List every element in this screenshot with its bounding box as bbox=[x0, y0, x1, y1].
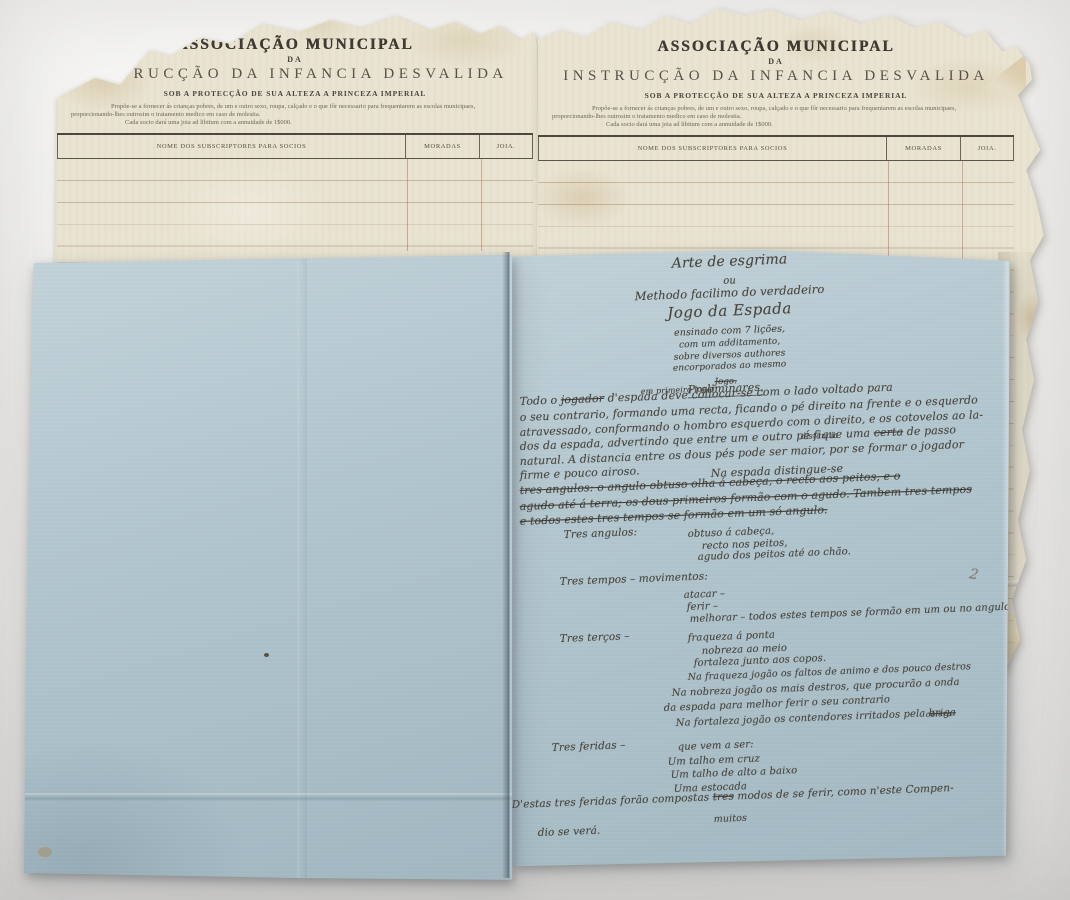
list-item: melhorar – todos estes tempos se formão … bbox=[690, 602, 1011, 625]
blue-paper bbox=[24, 253, 512, 883]
line-text: modos de se ferir, como n'este Compen- bbox=[734, 782, 954, 802]
fold-crease bbox=[24, 793, 512, 801]
column-header-addresses: MORADAS bbox=[406, 135, 480, 158]
column-header-fee: JOIA. bbox=[961, 137, 1013, 160]
association-title-da: DA bbox=[538, 57, 1014, 66]
list-item: ferir – bbox=[687, 601, 719, 613]
closing-line: dio se verá. bbox=[538, 825, 601, 839]
list-item: Um talho de alto a baixo bbox=[671, 765, 798, 781]
association-title-main: INSTRUCÇÃO DA INFANCIA DESVALIDA bbox=[57, 66, 533, 83]
desc-line-3: Cada socio dará uma joia ad libitum com … bbox=[552, 121, 1000, 129]
form-paper: ASSOCIAÇÃO MUNICIPAL DA INSTRUCÇÃO DA IN… bbox=[55, 10, 537, 262]
line-text: de passo bbox=[903, 423, 956, 438]
list-item: que vem a ser: bbox=[678, 739, 754, 753]
list-item: Um talho em cruz bbox=[668, 753, 761, 768]
list-item: atacar – bbox=[684, 588, 726, 601]
paper-stain bbox=[1016, 292, 1046, 344]
section-label-tempos: Tres tempos – movimentos: bbox=[560, 570, 709, 588]
manuscript-spine bbox=[502, 252, 514, 878]
benefit-description: Propõe-se a fornecer ás crianças pobres,… bbox=[538, 105, 1014, 130]
line-text: Todo o bbox=[520, 393, 562, 408]
manuscript-left-page bbox=[24, 253, 512, 883]
column-header-addresses: MORADAS bbox=[887, 137, 961, 160]
ink-blot bbox=[264, 653, 269, 657]
inserted-word: muitos bbox=[714, 813, 748, 825]
photograph-of-documents: ASSOCIAÇÃO MUNICIPAL DA INSTRUCÇÃO DA IN… bbox=[0, 0, 1070, 900]
desc-line-2: proporcionando-lhes outrosim o tratament… bbox=[552, 113, 1000, 121]
line-text: D'estas tres feridas forão compostas bbox=[512, 791, 713, 811]
subscribers-table-header: NOME DOS SUBSCRIPTORES PARA SOCIOS MORAD… bbox=[538, 137, 1014, 161]
section-label-angulos: Tres angulos: bbox=[564, 526, 638, 541]
struck-text: certa bbox=[874, 425, 904, 439]
column-header-names: NOME DOS SUBSCRIPTORES PARA SOCIOS bbox=[58, 135, 406, 158]
desc-line-1: Propõe-se a fornecer ás crianças pobres,… bbox=[552, 105, 1000, 113]
section-label-feridas: Tres feridas – bbox=[552, 739, 626, 754]
association-title-main: INSTRUCÇÃO DA INFANCIA DESVALIDA bbox=[538, 68, 1014, 85]
printed-form-left: ASSOCIAÇÃO MUNICIPAL DA INSTRUCÇÃO DA IN… bbox=[55, 10, 537, 262]
handwriting-layer: Arte de esgrima ou Methodo facilimo do v… bbox=[506, 248, 1012, 870]
patronage-subtitle: SOB A PROTECÇÃO DE SUA ALTEZA A PRINCEZA… bbox=[538, 91, 1014, 100]
struck-text: tres bbox=[713, 790, 735, 803]
blue-paper: Arte de esgrima ou Methodo facilimo do v… bbox=[506, 248, 1012, 870]
vertical-crease bbox=[297, 253, 307, 883]
subscribers-table-header: NOME DOS SUBSCRIPTORES PARA SOCIOS MORAD… bbox=[57, 135, 533, 159]
inserted-word: distancia bbox=[801, 431, 839, 441]
desc-line-1: Propõe-se a fornecer ás crianças pobres,… bbox=[71, 103, 519, 111]
association-title: ASSOCIAÇÃO MUNICIPAL bbox=[538, 38, 1014, 55]
pencil-mark: 2 bbox=[968, 566, 980, 583]
subscribers-table-rows bbox=[57, 159, 533, 251]
struck-text: jogador bbox=[561, 392, 605, 407]
manuscript-right-page: Arte de esgrima ou Methodo facilimo do v… bbox=[506, 248, 1012, 870]
inserted-word: cólera bbox=[926, 709, 952, 719]
patronage-subtitle: SOB A PROTECÇÃO DE SUA ALTEZA A PRINCEZA… bbox=[57, 89, 533, 98]
column-header-fee: JOIA. bbox=[480, 135, 532, 158]
association-title: ASSOCIAÇÃO MUNICIPAL bbox=[57, 36, 533, 53]
section-label-tercos: Tres terços – bbox=[560, 630, 630, 645]
desc-line-2: proporcionando-lhes outrosim o tratament… bbox=[71, 111, 519, 119]
list-item: fraqueza á ponta bbox=[688, 630, 776, 644]
column-header-names: NOME DOS SUBSCRIPTORES PARA SOCIOS bbox=[539, 137, 887, 160]
desc-line-3: Cada socio dará uma joia ad libitum com … bbox=[71, 119, 519, 127]
benefit-description: Propõe-se a fornecer ás crianças pobres,… bbox=[57, 103, 533, 128]
paper-stain bbox=[38, 847, 52, 857]
association-title-da: DA bbox=[57, 55, 533, 64]
